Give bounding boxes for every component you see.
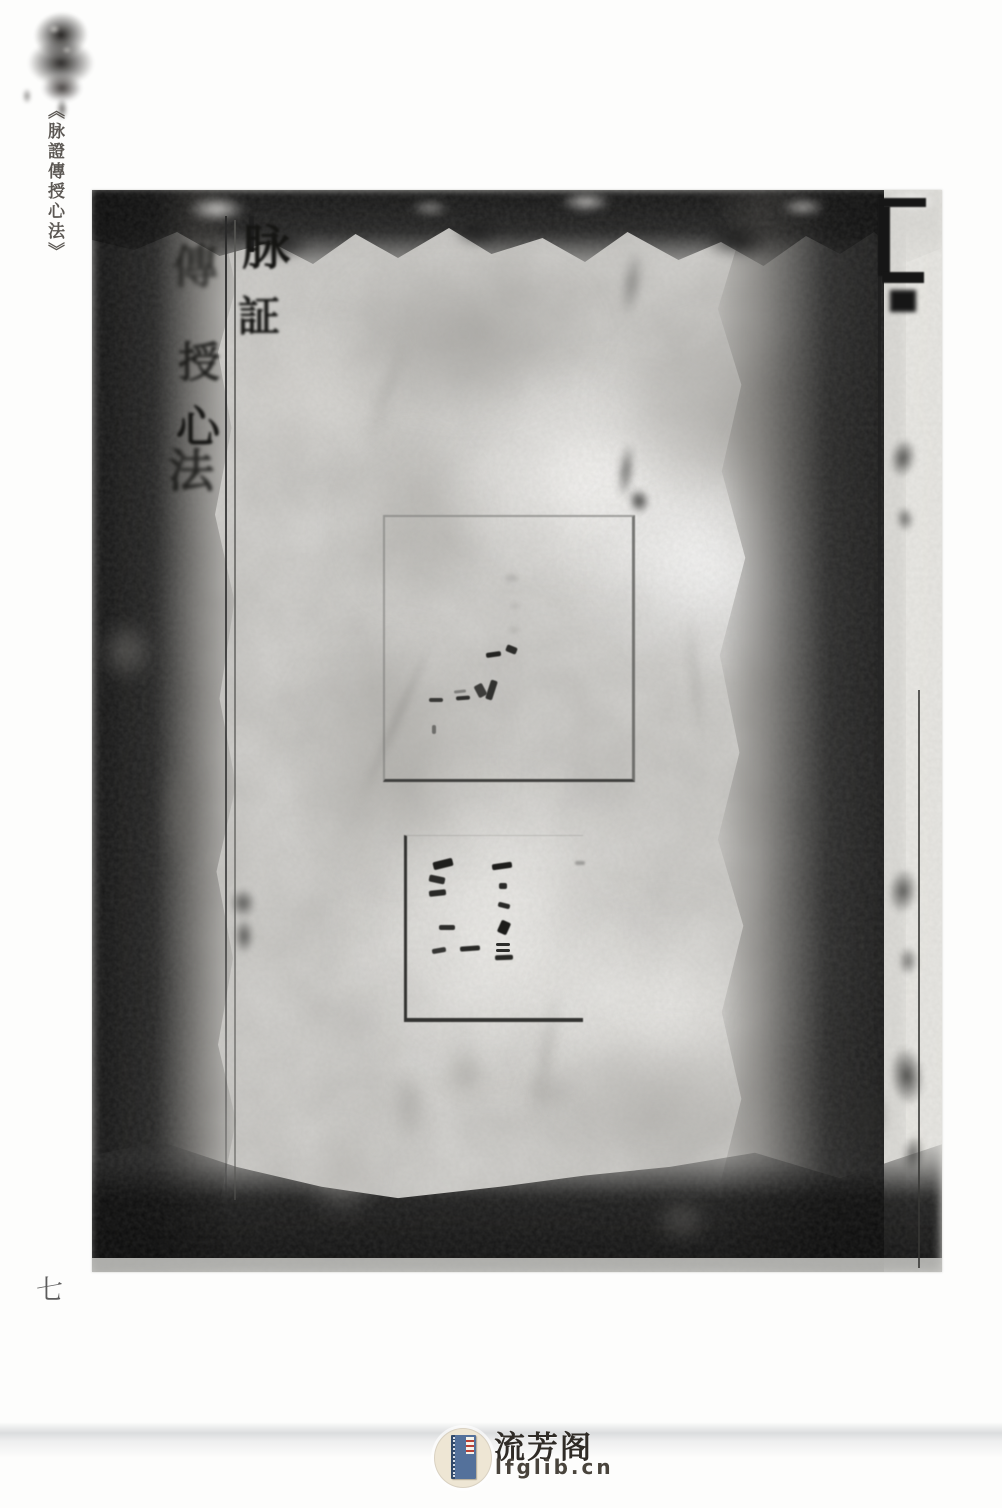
texture-blob (187, 196, 247, 222)
texture-blob (452, 220, 502, 246)
texture-blob (98, 618, 156, 684)
cover-title-char: 傳 (172, 244, 218, 290)
photo-dark-edge-bottom (92, 1130, 942, 1272)
texture-blob (780, 198, 826, 216)
photo-dark-edge-right (710, 190, 906, 1272)
corner-bracket-mark (882, 272, 924, 283)
stamp-blob (28, 40, 94, 86)
watermark: 流芳阁 lfglib.cn (430, 1424, 670, 1488)
spine-fold-line-2 (234, 220, 236, 1200)
texture-patch (322, 250, 602, 420)
stamp-blob (22, 88, 32, 104)
stamp-blob (48, 24, 60, 34)
stamp-blob (42, 74, 82, 102)
texture-blob (848, 1086, 888, 1146)
texture-blob (358, 323, 415, 458)
photo-right-light-strip (884, 190, 942, 1272)
texture-blob (560, 192, 612, 212)
texture-patch (212, 310, 412, 470)
scanned-book-page: 《脉證傳授心法》 脉 証 (0, 0, 1002, 1508)
texture-blob (252, 230, 312, 260)
texture-patch (592, 300, 912, 510)
book-title-label (466, 1437, 474, 1454)
texture-blob (652, 1195, 712, 1245)
texture-blob (792, 788, 822, 838)
stamp-blob (32, 9, 91, 60)
texture-blob (516, 1070, 580, 1114)
thread-bound-book-icon (451, 1435, 476, 1479)
texture-patch (712, 370, 912, 630)
texture-blob (162, 750, 198, 870)
cover-title-char: 証 (238, 296, 280, 338)
texture-blob (410, 200, 450, 216)
spine-tick-mark (249, 216, 254, 252)
stamp-blob (62, 46, 72, 54)
cover-title-char: 授 (178, 342, 220, 384)
scanned-page-photo: 脉 証 傳 授 心 法 (92, 190, 942, 1272)
texture-blob (682, 598, 709, 758)
texture-blob (702, 224, 772, 258)
photo-dark-edge-top (92, 190, 942, 290)
texture-blob (230, 888, 256, 918)
texture-blob (444, 1046, 488, 1100)
texture-blob (234, 918, 254, 954)
ruled-box-lower (404, 835, 583, 1022)
photo-dark-edge-left (92, 190, 242, 1272)
texture-blob (626, 486, 653, 516)
book-stitch-dots (453, 1437, 455, 1477)
corner-bracket-mark (878, 206, 890, 276)
texture-blob (616, 441, 636, 500)
photo-bottom-strip (92, 1258, 942, 1272)
cover-title-char: 法 (168, 448, 214, 494)
corner-bracket-blot (890, 290, 916, 312)
texture-patch (522, 1020, 802, 1190)
spine-fold-line (225, 216, 227, 1204)
texture-blob (619, 247, 645, 319)
texture-blob (302, 1120, 382, 1220)
cover-title-char: 心 (176, 406, 220, 450)
page-number: 七 (36, 1268, 63, 1307)
watermark-circle (434, 1428, 492, 1488)
right-edge-line-upper (878, 198, 881, 798)
texture-blob (392, 1066, 426, 1150)
library-stamp (26, 12, 102, 116)
margin-series-title: 《脉證傳授心法》 (42, 102, 67, 287)
watermark-site-domain: lfglib.cn (495, 1455, 614, 1479)
ruled-box-upper (383, 515, 635, 782)
